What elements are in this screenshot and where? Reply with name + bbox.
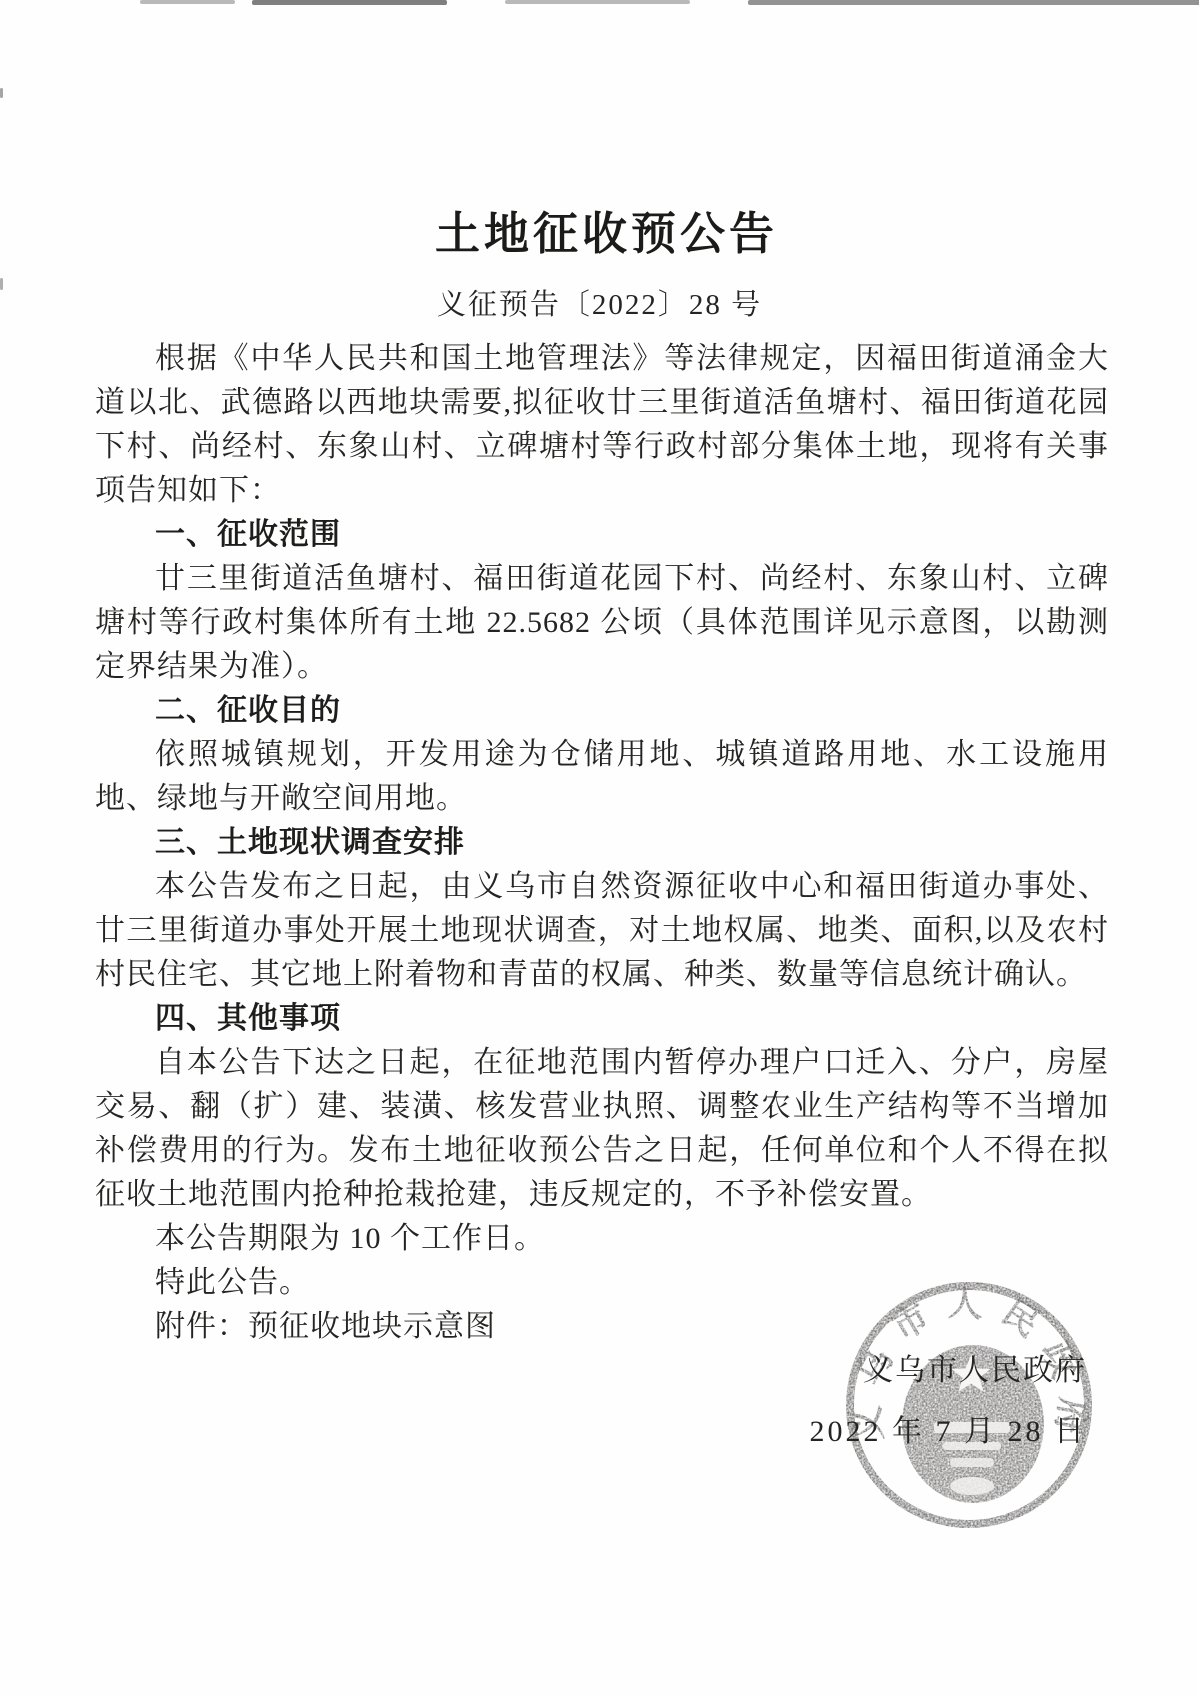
issue-date: 2022 年 7 月 28 日 xyxy=(0,1410,1087,1454)
section-4-heading: 四、其他事项 xyxy=(95,997,1109,1041)
closing-line-duration: 本公告期限为 10 个工作日。 xyxy=(95,1217,1109,1261)
scan-artifact xyxy=(748,0,1199,5)
issuer-name: 义乌市人民政府 xyxy=(0,1349,1087,1393)
scan-artifact xyxy=(0,88,3,98)
section-1-heading: 一、征收范围 xyxy=(95,513,1109,557)
section-4-body: 自本公告下达之日起，在征地范围内暂停办理户口迁入、分户，房屋交易、翻（扩）建、装… xyxy=(95,1041,1109,1217)
intro-paragraph: 根据《中华人民共和国土地管理法》等法律规定，因福田街道涌金大道以北、武德路以西地… xyxy=(95,337,1109,513)
scan-artifact xyxy=(505,0,690,4)
section-2-body: 依照城镇规划，开发用途为仓储用地、城镇道路用地、水工设施用地、绿地与开敞空间用地… xyxy=(95,733,1109,821)
section-3-body: 本公告发布之日起，由义乌市自然资源征收中心和福田街道办事处、廿三里街道办事处开展… xyxy=(95,865,1109,997)
section-1-body: 廿三里街道活鱼塘村、福田街道花园下村、尚经村、东象山村、立碑塘村等行政村集体所有… xyxy=(95,557,1109,689)
scan-artifact xyxy=(140,0,235,4)
doc-number: 义征预告〔2022〕28 号 xyxy=(0,282,1199,323)
signature-block: 义乌市人民政府 2022 年 7 月 28 日 xyxy=(0,1349,1087,1454)
section-2-heading: 二、征收目的 xyxy=(95,689,1109,733)
announcement-page: 土地征收预公告 义征预告〔2022〕28 号 根据《中华人民共和国土地管理法》等… xyxy=(0,0,1199,1696)
scan-artifact xyxy=(252,0,447,5)
page-title: 土地征收预公告 xyxy=(14,0,1199,260)
section-3-heading: 三、土地现状调查安排 xyxy=(95,821,1109,865)
scan-artifact xyxy=(0,278,3,290)
document-body: 根据《中华人民共和国土地管理法》等法律规定，因福田街道涌金大道以北、武德路以西地… xyxy=(95,337,1109,1349)
